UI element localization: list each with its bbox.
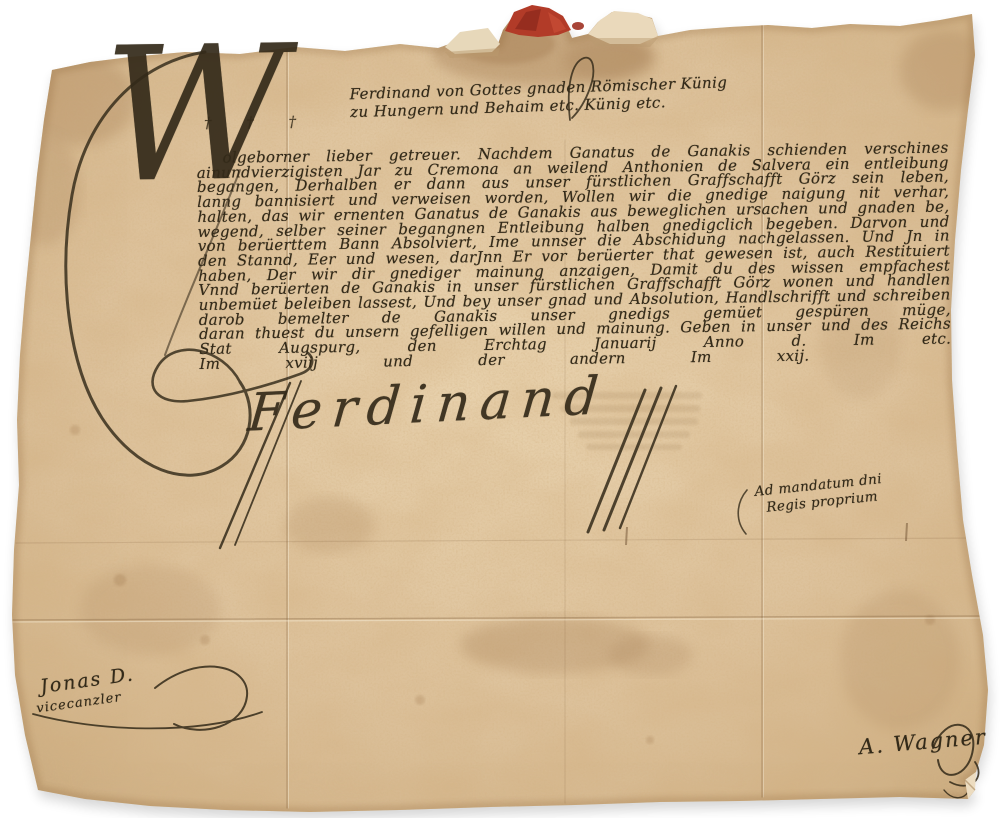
secretary-signature: A. Wagner [858, 725, 988, 760]
chancery-note: Ad mandatum dni Regis proprium [754, 471, 885, 518]
letter-heading: Ferdinand von Gottes gnaden Römischer Kü… [349, 73, 728, 121]
letter-body: olgeborner lieber getreuer. Nachdem Gana… [196, 141, 951, 372]
photograph-of-letter: W † † † Ferdinand von Gottes gnaden Römi… [0, 0, 1000, 818]
ferdinand-signature: Ferdinand [246, 366, 611, 444]
initial-crosses: † † † [204, 112, 311, 131]
manuscript-text-layer: W † † † Ferdinand von Gottes gnaden Römi… [0, 0, 1000, 818]
vicechancellor-signature: Jonas D. [39, 663, 136, 698]
